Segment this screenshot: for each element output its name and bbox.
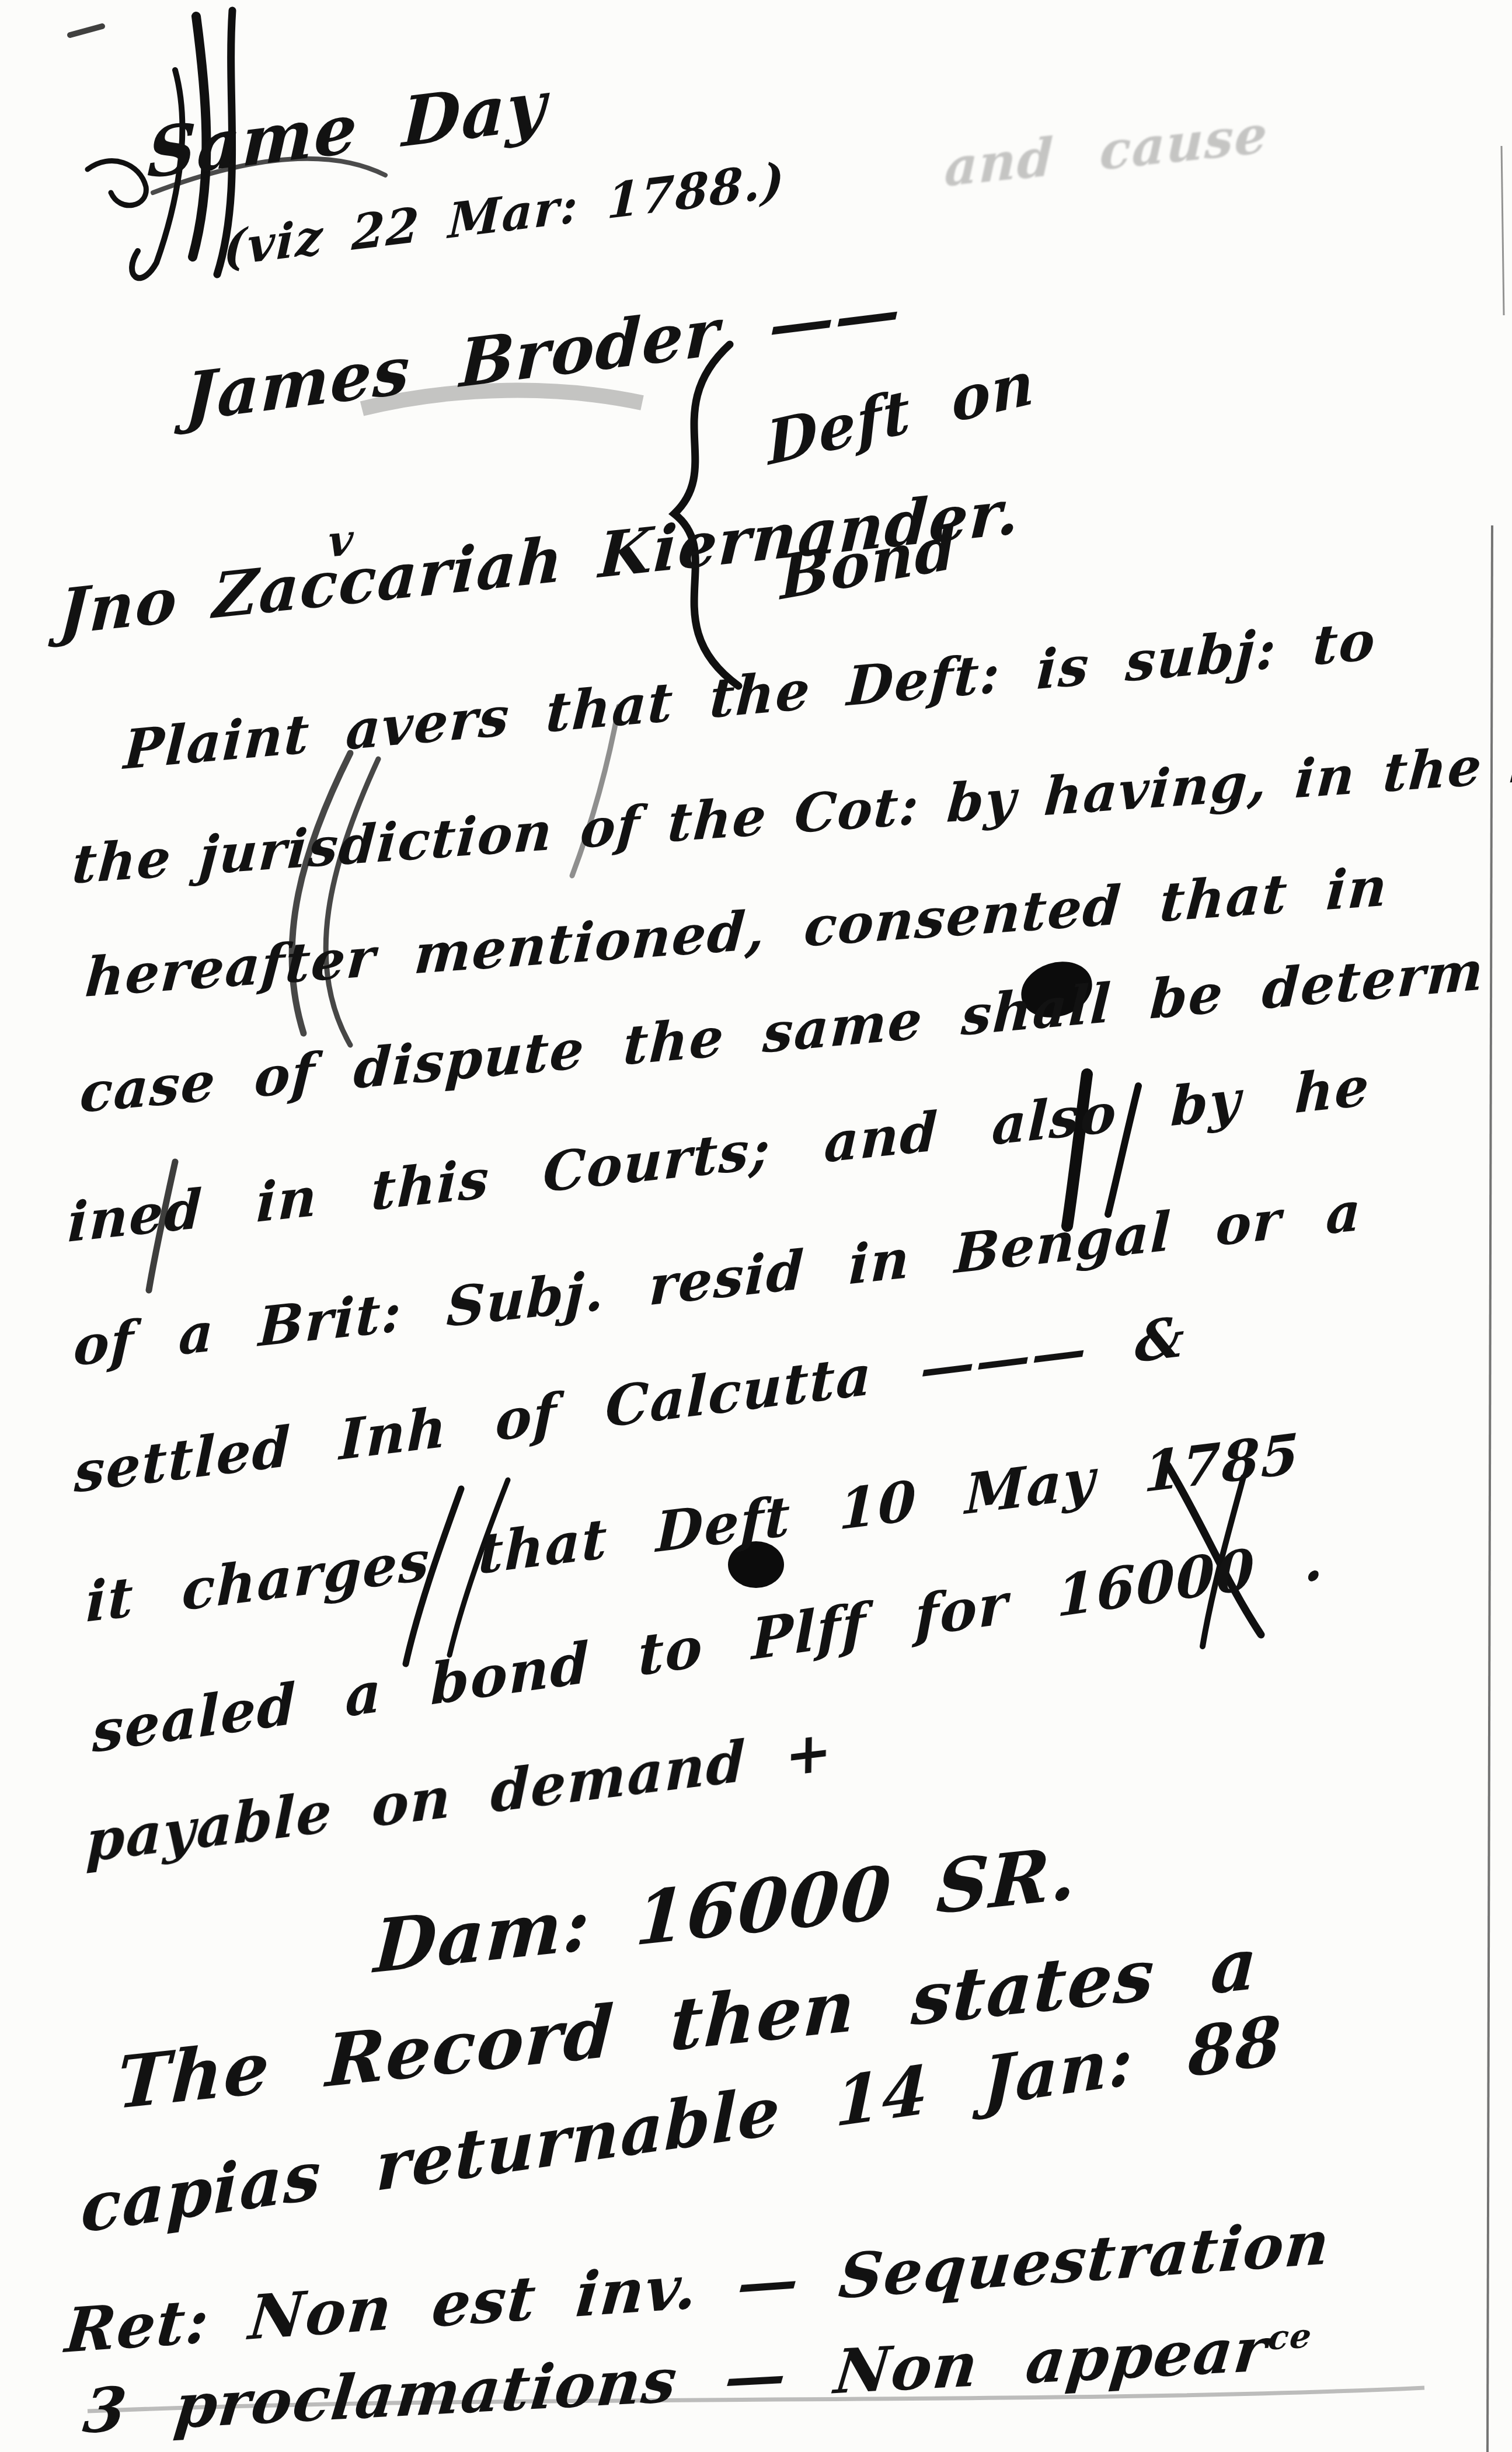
record-line-4-superscript: ce (1266, 2316, 1314, 2357)
page-edge-line (1487, 146, 1504, 2452)
manuscript-page: and cause Same Day (viz 22 Mar: 1788.) J… (0, 0, 1512, 2452)
